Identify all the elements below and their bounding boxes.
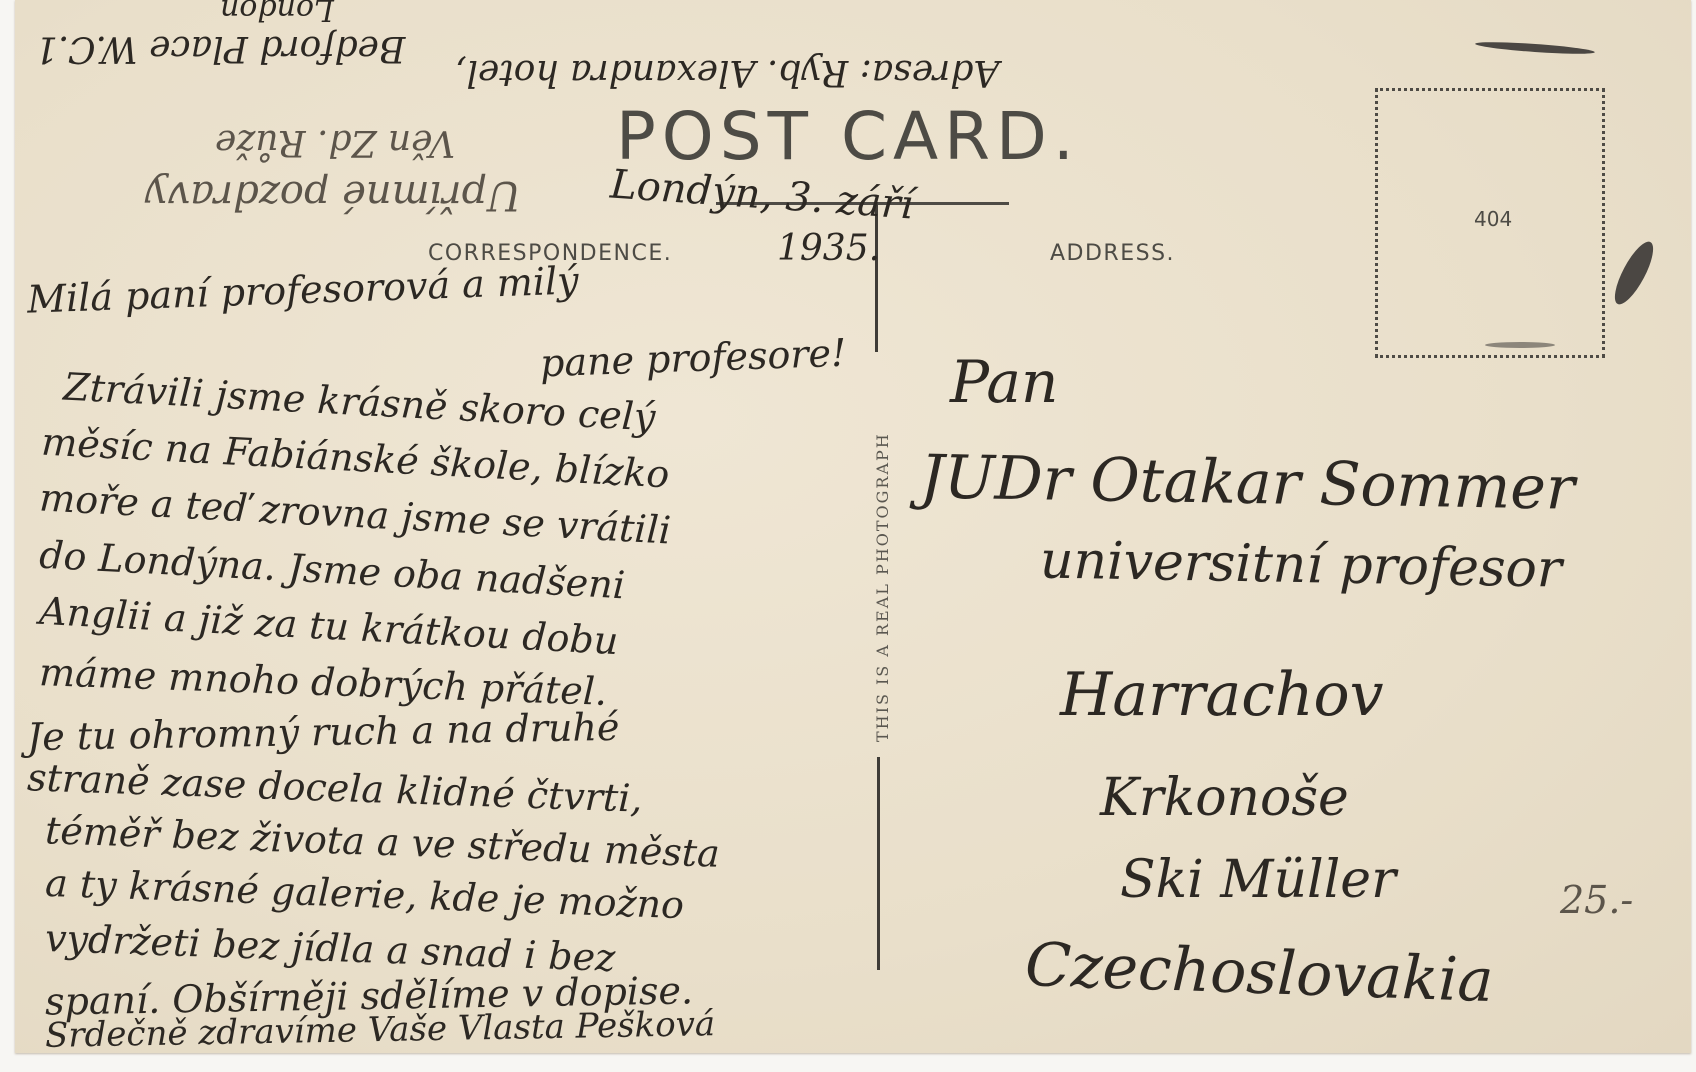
upside-note-signature: Věn Zd. Růže [215,122,455,163]
message-line: Je tu ohromný ruch a na druhé [27,705,620,759]
center-divider-lower [877,757,880,970]
address-recipient-name: JUDr Otakar Sommer [919,442,1575,523]
upside-note-street-line: Bedford Place W.C.1 [35,28,405,69]
message-line: pane profesore! [539,331,847,386]
upside-note-address-line: Adresa: Ryb. Alexandra hotel, [455,52,999,93]
postcard: POST CARD. CORRESPONDENCE. ADDRESS. THIS… [15,0,1691,1053]
dateline-year: 1935. [777,228,880,269]
upside-note-greeting: Upřímné pozdravy [145,172,521,218]
upside-note-city-line: London [220,0,334,27]
ink-blot-right [1608,237,1660,309]
message-line: máme mnoho dobrých přátel. [38,650,607,714]
address-region: Krkonoše [1100,768,1349,828]
address-salutation: Pan [950,348,1058,416]
address-country: Czechoslovakia [1024,930,1495,1016]
postmark-smudge-top [1475,40,1595,56]
stamp-placeholder-box: 404 [1375,88,1605,358]
stamp-number: 404 [1474,207,1512,231]
message-line: Milá paní profesorová a milý [26,258,579,321]
address-label: ADDRESS. [1050,241,1175,266]
postcard-title: POST CARD. [616,98,1080,175]
postmark-smudge-bottom [1485,342,1555,348]
pencil-price-note: 25.- [1560,878,1633,922]
real-photograph-notice: THIS IS A REAL PHOTOGRAPH [873,432,892,742]
address-location: Ski Müller [1120,850,1396,910]
address-recipient-title: universitní profesor [1040,530,1563,599]
address-town: Harrachov [1060,660,1384,730]
